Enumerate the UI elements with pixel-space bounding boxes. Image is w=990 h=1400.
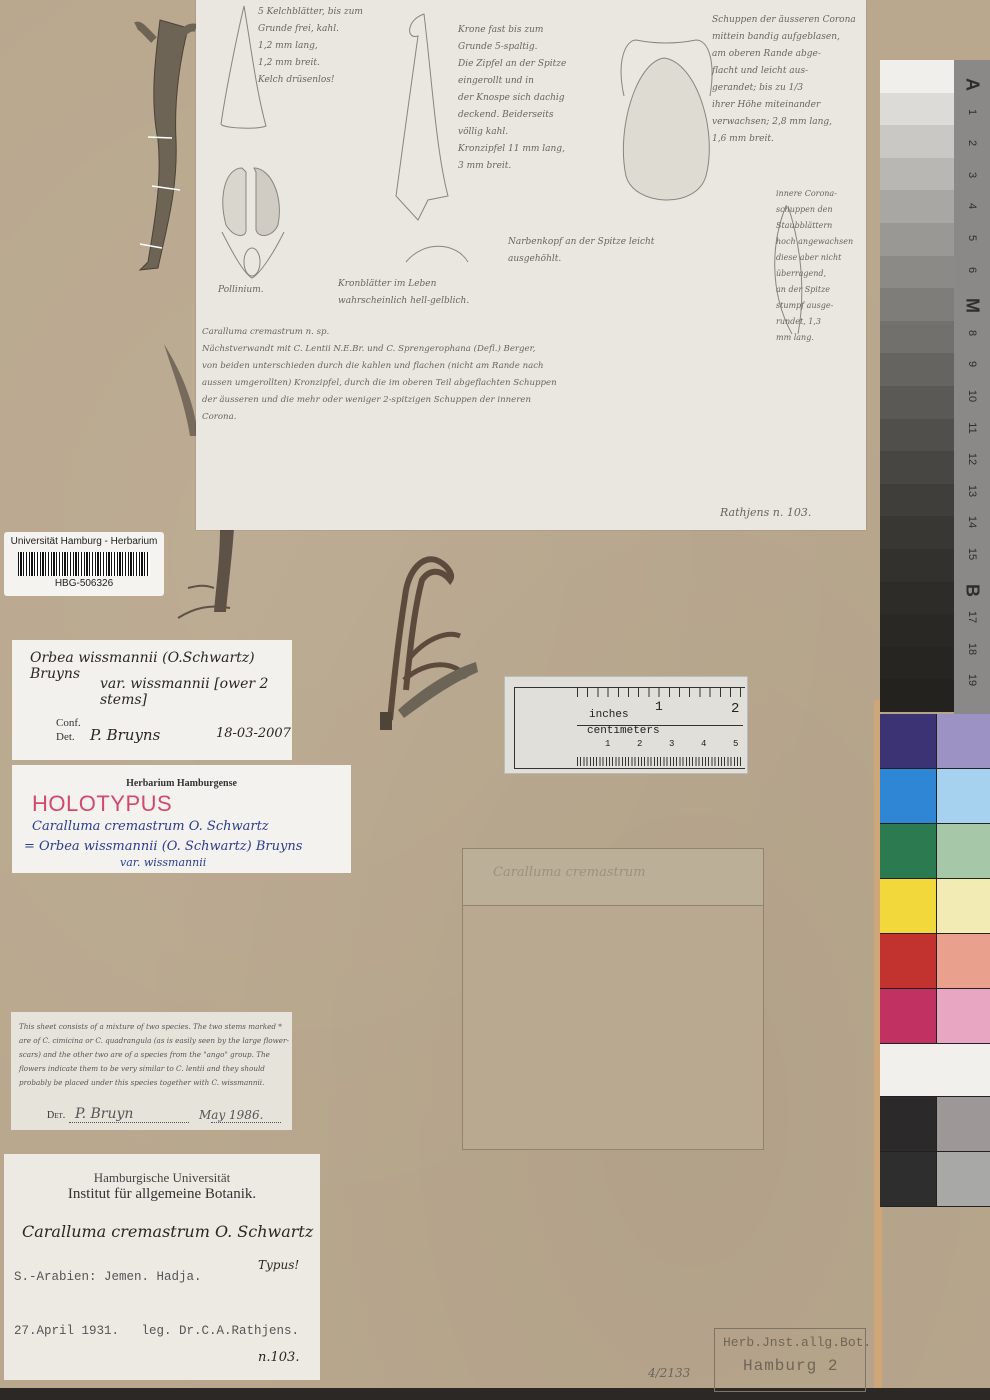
swatch-row [880, 769, 990, 824]
stamp-line-1: Herb.Jnst.allg.Bot. [723, 1335, 871, 1350]
barcode[interactable] [18, 552, 150, 576]
grey-scale-strip [880, 60, 954, 712]
specimen-leaf-fragment [160, 340, 200, 440]
drawing-signature: Rathjens n. 103. [720, 506, 811, 519]
swatch-saturated [880, 824, 937, 878]
illustration-sheet: 5 Kelchblätter, bis zum Grunde frei, kah… [196, 0, 866, 530]
holotypus-stamp: HOLOTYPUS [32, 791, 172, 817]
pollinium-drawing [222, 168, 284, 278]
grey-scale-label: 19 [966, 662, 978, 698]
holotype-name-2: = Orbea wissmannii (O. Schwartz) Bruyns [24, 839, 302, 854]
swatch-tint [937, 934, 990, 988]
pollinium-caption: Pollinium. [218, 282, 264, 299]
det-label: Det. [47, 1110, 65, 1121]
grey-scale-label: 14 [966, 504, 978, 540]
grey-patch [880, 582, 954, 615]
cm-tick-4: 4 [701, 739, 706, 749]
grey-patch [880, 647, 954, 680]
swatch-tint [937, 1097, 990, 1151]
determination-date: 18-03-2007 [216, 726, 291, 741]
grey-patch [880, 158, 954, 191]
grey-scale-label: 2 [966, 125, 978, 161]
taxon-line-2: var. wissmannii [ower 2 stems] [100, 676, 292, 708]
grey-patch [880, 484, 954, 517]
dotted-line [69, 1122, 189, 1123]
stamp-line-2: Hamburg 2 [743, 1357, 838, 1375]
color-swatches [880, 714, 990, 1207]
white-patch [880, 1044, 990, 1097]
university-header: Hamburgische Universität [4, 1170, 320, 1186]
swatch-tint [937, 1152, 990, 1206]
inches-label: inches [589, 709, 629, 721]
color-calibration-chart: A123456M89101112131415B171819 [880, 60, 990, 1388]
stigma-drawing [406, 246, 468, 262]
swatch-tint [937, 824, 990, 878]
centimeters-label: centimeters [587, 725, 660, 737]
grey-scale-label: 15 [966, 536, 978, 572]
grey-scale-label: 17 [966, 599, 978, 635]
swatch-row [880, 824, 990, 879]
annotation-text: This sheet consists of a mixture of two … [19, 1020, 289, 1090]
swatch-saturated [880, 1097, 937, 1151]
herbarium-header: Herbarium Hamburgense [12, 778, 351, 789]
specimen-stem-lower [170, 528, 260, 620]
petal-color-note: Kronblätter im Leben wahrscheinlich hell… [338, 276, 469, 310]
accession-number: 4/2133 [648, 1366, 690, 1380]
determination-label: Orbea wissmannii (O.Schwartz) Bruyns var… [12, 640, 292, 760]
corolla-lobe-drawing [396, 14, 448, 220]
grey-patch [880, 223, 954, 256]
holotype-name-1: Caralluma cremastrum O. Schwartz [32, 819, 269, 834]
swatch-tint [937, 769, 990, 823]
inner-corona-note: innere Corona- schuppen den Staubblätter… [776, 186, 853, 346]
grey-scale-label: 4 [966, 188, 978, 224]
conf-label: Conf. [56, 716, 81, 730]
locality: S.-Arabien: Jemen. Hadja. [14, 1270, 202, 1284]
swatch-tint [937, 989, 990, 1043]
grey-scale-label: 9 [966, 346, 978, 382]
holotype-label: Herbarium Hamburgense HOLOTYPUS Carallum… [12, 765, 351, 873]
grey-scale-label: 5 [966, 220, 978, 256]
grey-patch [880, 353, 954, 386]
swatch-saturated [880, 879, 937, 933]
inch-ticks [577, 687, 741, 697]
grey-patch [880, 288, 954, 321]
grey-patch [880, 93, 954, 126]
grey-patch [880, 386, 954, 419]
inch-tick-2: 2 [731, 701, 739, 717]
species-diagnosis: Caralluma cremastrum n. sp. Nächstverwan… [202, 324, 862, 426]
collection-taxon: Caralluma cremastrum O. Schwartz [22, 1222, 313, 1241]
collection-number: n.103. [258, 1350, 299, 1365]
swatch-row [880, 714, 990, 769]
grey-patch [880, 679, 954, 712]
grey-patch [880, 419, 954, 452]
holotype-name-3: var. wissmannii [120, 856, 206, 869]
cm-tick-2: 2 [637, 739, 642, 749]
grey-scale-labels: A123456M89101112131415B171819 [954, 60, 990, 714]
collection-label: Hamburgische Universität Institut für al… [4, 1154, 320, 1380]
swatch-row [880, 1152, 990, 1207]
institute-header: Institut für allgemeine Botanik. [4, 1186, 320, 1203]
cm-ticks [577, 757, 741, 766]
typus-note: Typus! [258, 1258, 299, 1272]
institution-name: Universität Hamburg - Herbarium [4, 536, 164, 547]
sepal-note: 5 Kelchblätter, bis zum Grunde frei, kah… [258, 4, 363, 89]
envelope-label: Caralluma cremastrum [493, 865, 646, 880]
swatch-saturated [880, 769, 937, 823]
grey-patch [880, 516, 954, 549]
fragment-envelope[interactable]: Caralluma cremastrum [462, 848, 764, 1150]
conf-det-labels: Conf. Det. [56, 716, 81, 744]
dotted-line [211, 1122, 281, 1123]
corolla-note: Krone fast bis zum Grunde 5-spaltig. Die… [458, 22, 566, 175]
det-label: Det. [56, 730, 81, 744]
swatch-row [880, 879, 990, 934]
swatch-row [880, 934, 990, 989]
outer-corona-drawing [621, 40, 712, 200]
swatch-saturated [880, 714, 937, 768]
grey-patch [880, 321, 954, 354]
scale-ruler: inches 1 2 centimeters 1 2 3 4 5 [504, 676, 748, 774]
grey-patch [880, 125, 954, 158]
barcode-label: Universität Hamburg - Herbarium HBG-5063… [4, 532, 164, 596]
swatch-row [880, 989, 990, 1044]
annotation-signature: P. Bruyn [75, 1106, 133, 1122]
cm-tick-1: 1 [605, 739, 610, 749]
grey-scale-label: 12 [966, 441, 978, 477]
grey-scale-label: 6 [966, 252, 978, 288]
herbarium-stamp: Herb.Jnst.allg.Bot. Hamburg 2 [714, 1328, 866, 1392]
swatch-saturated [880, 934, 937, 988]
grey-patch [880, 451, 954, 484]
outer-corona-note: Schuppen der äusseren Corona mittein ban… [712, 12, 856, 148]
grey-scale-label: 10 [966, 378, 978, 414]
grey-patch [880, 190, 954, 223]
swatch-saturated [880, 1152, 937, 1206]
determiner-signature: P. Bruyns [90, 726, 160, 744]
swatch-tint [937, 879, 990, 933]
grey-patch [880, 256, 954, 289]
barcode-id: HBG-506326 [4, 578, 164, 589]
specimen-branching-stem [350, 550, 480, 730]
swatch-row [880, 1097, 990, 1152]
annotation-date: May 1986. [199, 1108, 263, 1122]
swatch-saturated [880, 989, 937, 1043]
date-collector: 27.April 1931. leg. Dr.C.A.Rathjens. [14, 1324, 299, 1338]
cm-tick-3: 3 [669, 739, 674, 749]
cm-tick-5: 5 [733, 739, 738, 749]
grey-patch [880, 549, 954, 582]
annotation-label: This sheet consists of a mixture of two … [11, 1012, 292, 1130]
envelope-flap[interactable]: Caralluma cremastrum [463, 849, 763, 906]
grey-patch [880, 60, 954, 93]
swatch-tint [937, 714, 990, 768]
inch-tick-1: 1 [655, 699, 663, 714]
grey-patch [880, 614, 954, 647]
stigma-note: Narbenkopf an der Spitze leicht ausgehöh… [508, 234, 654, 268]
